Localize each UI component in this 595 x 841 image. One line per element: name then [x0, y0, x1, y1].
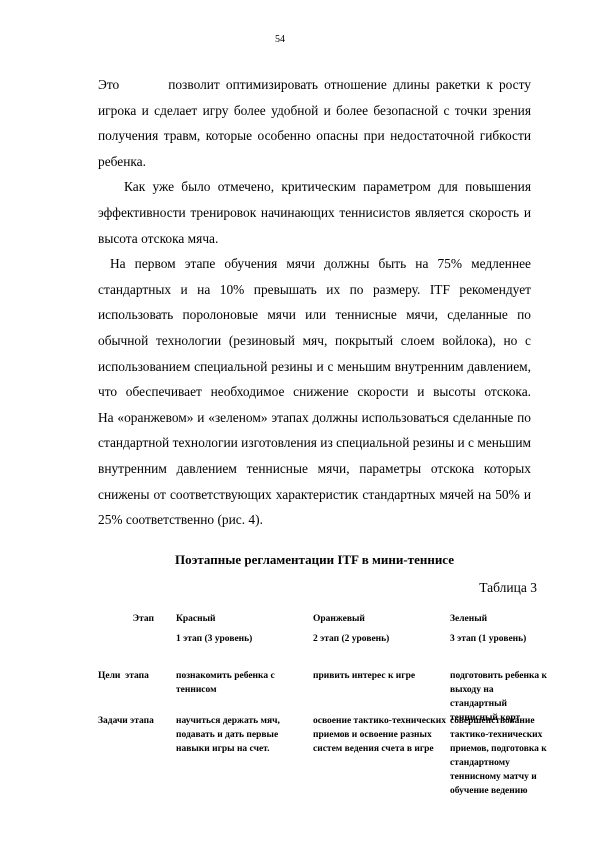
paragraph-ball-speed: Как уже было отмечено, критическим парам…	[98, 174, 531, 251]
table-header-row: Этап Красный 1 этап (3 уровень) Оранжевы…	[98, 612, 548, 646]
column-orange-level: 2 этап (2 уровень)	[313, 632, 450, 646]
column-green-level: 3 этап (1 уровень)	[450, 632, 548, 646]
column-red: Красный 1 этап (3 уровень)	[176, 612, 313, 646]
cell-tasks-red: научиться держать мяч, подавать и дать п…	[176, 714, 313, 798]
column-red-name: Красный	[176, 612, 313, 626]
paragraph-racket: Это позволит оптимизировать отношение дл…	[98, 72, 531, 174]
column-red-level: 1 этап (3 уровень)	[176, 632, 313, 646]
column-green-name: Зеленый	[450, 612, 548, 626]
column-orange: Оранжевый 2 этап (2 уровень)	[313, 612, 450, 646]
cell-tasks-orange: освоение тактико-технических приемов и о…	[313, 714, 450, 798]
body-text: Это позволит оптимизировать отношение дл…	[98, 72, 531, 533]
column-green: Зеленый 3 этап (1 уровень)	[450, 612, 548, 646]
table-row-tasks: Задачи этапа научиться держать мяч, пода…	[98, 714, 548, 798]
column-orange-name: Оранжевый	[313, 612, 450, 626]
page-number: 54	[0, 34, 560, 45]
stage-label: Этап	[98, 612, 176, 646]
table-title: Поэтапные регламентации ITF в мини-тенни…	[98, 552, 531, 568]
paragraph-ball-stages: На первом этапе обучения мячи должны быт…	[98, 251, 531, 533]
table-label: Таблица 3	[479, 580, 537, 596]
cell-tasks-green: совершенствование тактико-технических пр…	[450, 714, 548, 798]
row-label-tasks: Задачи этапа	[98, 714, 176, 798]
